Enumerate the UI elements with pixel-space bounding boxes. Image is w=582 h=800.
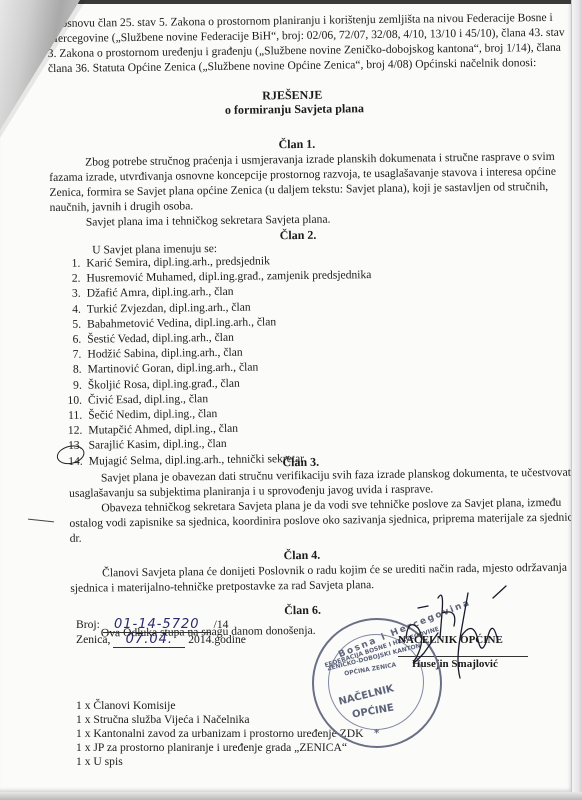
- members-list: 1.Karić Semira, dipl.ing.arh., predsjedn…: [58, 252, 374, 469]
- article-4-text: sjednica i materijalno-tehničke pretpost…: [70, 577, 374, 596]
- date-suffix: 2014.godine: [188, 633, 246, 646]
- scan-bottom-edge: [0, 792, 582, 800]
- distribution-item: 1 x U spis: [76, 754, 123, 769]
- distribution-item: 1 x JP za prostorno planiranje i uređenj…: [76, 740, 347, 755]
- handwritten-signature: [398, 578, 518, 693]
- article-3-text: dr.: [70, 531, 82, 546]
- stamp-star: *: [374, 728, 379, 739]
- date-line: Zenica, 07.04. 2014.godine: [76, 632, 246, 648]
- scanned-page: osnovu član 25. stav 5. Zakona o prostor…: [0, 0, 572, 792]
- registry-number-line: Broj: 01-14-5720 /14: [76, 617, 228, 633]
- registry-number-suffix: /14: [214, 618, 229, 631]
- city-label: Zenica,: [76, 633, 110, 646]
- scan-right-edge: [571, 0, 582, 800]
- article-1-text: Savjet plana ima i tehničkog sekretara S…: [86, 212, 331, 230]
- date-value: 07.04.: [126, 632, 173, 647]
- distribution-item: 1 x Stručna služba Vijeća i Načelnika: [76, 712, 250, 727]
- registry-number-label: Broj:: [76, 618, 100, 631]
- distribution-item: 1 x Članovi Komisije: [76, 698, 176, 713]
- registry-number-value: 01-14-5720: [114, 617, 200, 632]
- distribution-item: 1 x Kantonalni zavod za urbanizam i pros…: [76, 726, 364, 741]
- article-1-text: naučnih, javnih i drugih osoba.: [50, 198, 194, 215]
